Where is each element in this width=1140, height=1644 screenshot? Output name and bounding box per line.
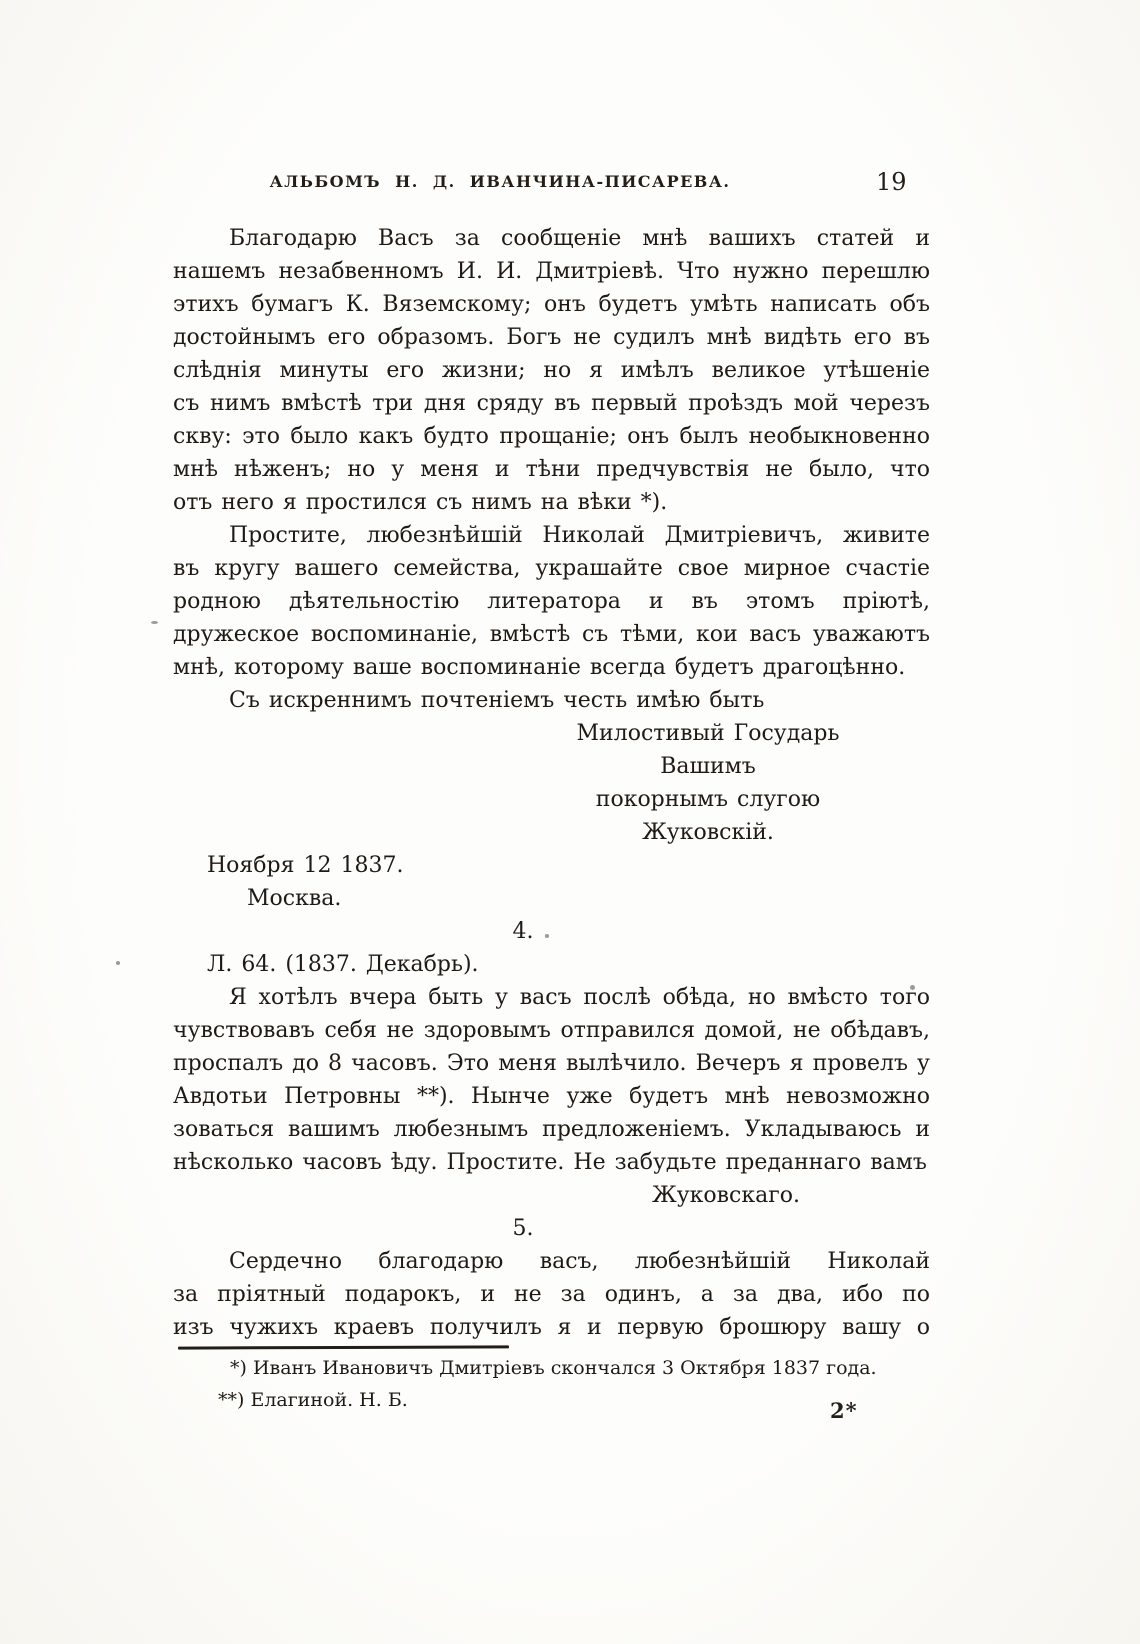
text-line: проспалъ до 8 часовъ. Это меня вылѣчило.… bbox=[173, 1047, 930, 1080]
text-line: достойнымъ его образомъ. Богъ не судилъ … bbox=[173, 321, 930, 354]
running-header: АЛЬБОМЪ Н. Д. ИВАНЧИНА-ПИСАРЕВА. bbox=[270, 172, 731, 191]
text-line: изъ чужихъ краевъ получилъ я и первую бр… bbox=[173, 1311, 930, 1344]
text-line: Сердечно благодарю васъ, любезнѣйшій Ник… bbox=[173, 1245, 930, 1278]
text-line: Москва. bbox=[173, 882, 930, 915]
scan-speck bbox=[545, 934, 549, 938]
text-line: съ нимъ вмѣстѣ три дня сряду въ первый п… bbox=[173, 387, 930, 420]
text-line: Вашимъ bbox=[486, 750, 930, 783]
text-line: Авдотьи Петровны **). Нынче уже будетъ м… bbox=[173, 1080, 930, 1113]
text-line: Съ искреннимъ почтеніемъ честь имѣю быть bbox=[173, 684, 930, 717]
text-line: дружеское воспоминаніе, вмѣстѣ съ тѣми, … bbox=[173, 618, 930, 651]
book-page: АЛЬБОМЪ Н. Д. ИВАНЧИНА-ПИСАРЕВА. 19 Благ… bbox=[0, 0, 1140, 1644]
signature-mark: 2* bbox=[830, 1398, 858, 1423]
text-line: Благодарю Васъ за сообщеніе мнѣ вашихъ с… bbox=[173, 222, 930, 255]
footnote: *) Иванъ Ивановичъ Дмитріевъ скончался 3… bbox=[173, 1352, 930, 1384]
text-line: нашемъ незабвенномъ И. И. Дмитріевѣ. Что… bbox=[173, 255, 930, 288]
footnote-separator bbox=[178, 1345, 509, 1349]
text-line: чувствовавъ себя не здоровымъ отправился… bbox=[173, 1014, 930, 1047]
text-line: Ноября 12 1837. bbox=[173, 849, 930, 882]
text-line: Жуковскаго. bbox=[173, 1179, 930, 1212]
text-line: Милостивый Государь bbox=[486, 717, 930, 750]
page-number: 19 bbox=[876, 168, 907, 196]
footnote: **) Елагиной. Н. Б. bbox=[173, 1384, 930, 1416]
text-line: родною дѣятельностію литератора и въ это… bbox=[173, 585, 930, 618]
text-line: этихъ бумагъ К. Вяземскому; онъ будетъ у… bbox=[173, 288, 930, 321]
text-line: за пріятный подарокъ, и не за одинъ, а з… bbox=[173, 1278, 930, 1311]
text-line: покорнымъ слугою bbox=[486, 783, 930, 816]
letter-text-block: Благодарю Васъ за сообщеніе мнѣ вашихъ с… bbox=[173, 222, 930, 1344]
scan-speck bbox=[151, 621, 158, 624]
footnotes-block: *) Иванъ Ивановичъ Дмитріевъ скончался 3… bbox=[173, 1352, 930, 1416]
text-line: мнѣ, которому ваше воспоминаніе всегда б… bbox=[173, 651, 930, 684]
text-line: слѣднія минуты его жизни; но я имѣлъ вел… bbox=[173, 354, 930, 387]
text-line: въ кругу вашего семейства, украшайте сво… bbox=[173, 552, 930, 585]
text-line: 4. bbox=[173, 915, 873, 948]
text-line: Простите, любезнѣйшій Николай Дмитріевич… bbox=[173, 519, 930, 552]
scan-speck bbox=[116, 961, 120, 965]
text-line: скву: это было какъ будто прощаніе; онъ … bbox=[173, 420, 930, 453]
text-line: нѣсколько часовъ ѣду. Простите. Не забуд… bbox=[173, 1146, 930, 1179]
text-line: Я хотѣлъ вчера быть у васъ послѣ обѣда, … bbox=[173, 981, 930, 1014]
scan-speck bbox=[910, 985, 915, 990]
text-line: мнѣ нѣженъ; но у меня и тѣни предчувстві… bbox=[173, 453, 930, 486]
text-line: Жуковскій. bbox=[486, 816, 930, 849]
text-line: 5. bbox=[173, 1212, 873, 1245]
text-line: зоваться вашимъ любезнымъ предложеніемъ.… bbox=[173, 1113, 930, 1146]
text-line: Л. 64. (1837. Декабрь). bbox=[173, 948, 930, 981]
text-line: отъ него я простился съ нимъ на вѣки *). bbox=[173, 486, 930, 519]
